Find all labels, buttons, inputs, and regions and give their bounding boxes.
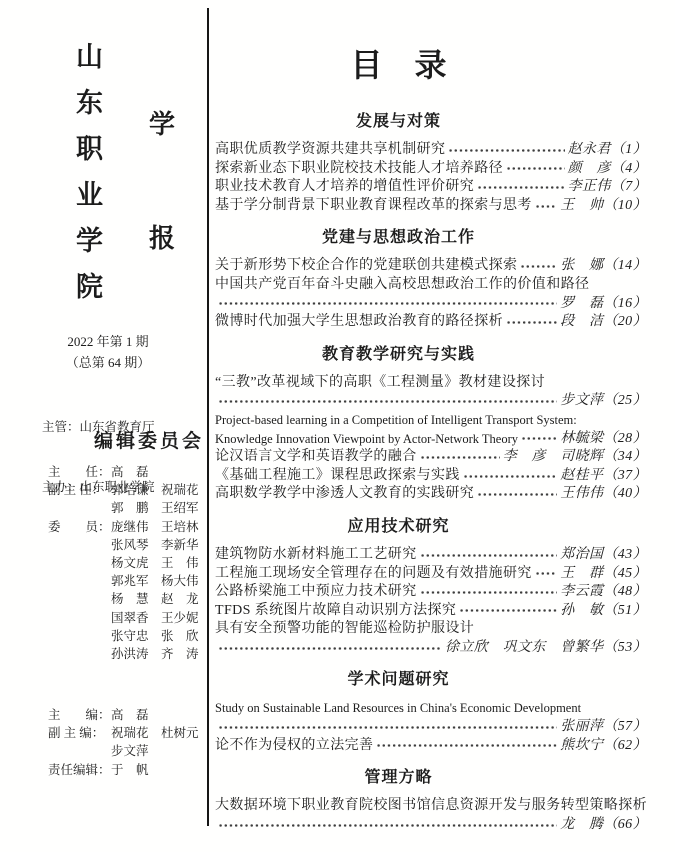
toc-entry-row: 《基础工程施工》课程思政探索与实践赵桂平（37） xyxy=(215,467,647,486)
journal-toc-page: 山东职业学院 学报 2022 年第 1 期 （总第 64 期） 主管：山东省教育… xyxy=(0,0,675,852)
toc-section-heading: 学术问题研究 xyxy=(215,670,582,690)
toc-section: 党建与思想政治工作关于新形势下校企合作的党建联创共建模式探索张 娜（14）中国共… xyxy=(215,228,647,331)
toc-section: 学术问题研究Study on Sustainable Land Resource… xyxy=(215,670,647,755)
toc-entry-row: 张丽萍（57） xyxy=(215,718,647,737)
masthead-main-column: 山东职业学院 xyxy=(76,44,103,301)
toc-entry-author-page: 李云霞（48） xyxy=(560,583,647,602)
toc-entry-author-page: 颜 彦（4） xyxy=(568,160,647,179)
staff-role-label xyxy=(48,609,111,627)
dot-leader xyxy=(535,204,557,209)
staff-names: 高 磊 xyxy=(111,463,149,481)
toc-entry-title: 工程施工现场安全管理存在的问题及有效措施研究 xyxy=(215,565,532,584)
toc-entry-title: 大数据环境下职业教育院校图书馆信息资源开发与服务转型策略探析 xyxy=(215,797,647,816)
toc-entry-author-page: 张丽萍（57） xyxy=(560,718,647,737)
toc-entry-title: 基于学分制背景下职业教育课程改革的探索与思考 xyxy=(215,197,532,216)
toc-column: 目 录 发展与对策高职优质教学资源共建共享机制研究赵永君（1）探索新业态下职业院… xyxy=(215,0,647,834)
toc-section: 发展与对策高职优质教学资源共建共享机制研究赵永君（1）探索新业态下职业院校技术技… xyxy=(215,112,647,215)
staff-row: 主 编：高 磊 xyxy=(48,706,199,724)
toc-entry-row: 徐立欣 巩文东 曾繁华（53） xyxy=(215,639,647,658)
staff-role-label: 主 编： xyxy=(48,706,111,724)
toc-section-heading: 发展与对策 xyxy=(215,112,582,132)
toc-entry-author-page: 徐立欣 巩文东 曾繁华（53） xyxy=(445,639,647,658)
toc-entry-title: 中国共产党百年奋斗史融入高校思想政治工作的价值和路径 xyxy=(215,276,589,295)
dot-leader xyxy=(420,455,500,460)
toc-section-heading: 教育教学研究与实践 xyxy=(215,345,582,365)
toc-entry-title: 建筑物防水新材料施工工艺研究 xyxy=(215,546,417,565)
staff-role-label xyxy=(48,554,111,572)
toc-entry-title: 高职优质教学资源共建共享机制研究 xyxy=(215,141,445,160)
dot-leader xyxy=(477,492,557,497)
toc-entry-row: TFDS 系统图片故障自动识别方法探究孙 敏（51） xyxy=(215,602,647,621)
toc-entry-title: Knowledge Innovation Viewpoint by Actor-… xyxy=(215,430,518,449)
toc-entry-title: 论不作为侵权的立法完善 xyxy=(215,737,373,756)
staff-names: 郭兆军 杨大伟 xyxy=(111,572,199,590)
toc-entry-title: TFDS 系统图片故障自动识别方法探究 xyxy=(215,602,456,621)
staff-names: 庞继伟 王培林 xyxy=(111,518,199,536)
staff-names: 高 磊 xyxy=(111,706,149,724)
staff-row: 步文萍 xyxy=(48,742,199,760)
masthead-char: 学 xyxy=(76,228,103,255)
dot-leader xyxy=(218,399,557,404)
toc-entry-author-page: 罗 磊（16） xyxy=(560,295,647,314)
toc-entry-row: Study on Sustainable Land Resources in C… xyxy=(215,699,647,718)
masthead-char: 院 xyxy=(76,274,103,301)
toc-section-heading: 党建与思想政治工作 xyxy=(215,228,582,248)
toc-entry-author-page: 赵桂平（37） xyxy=(560,467,647,486)
issue-info: 2022 年第 1 期 （总第 64 期） xyxy=(28,331,188,373)
staff-row: 副 主 编：祝瑞花 杜树元 xyxy=(48,724,199,742)
staff-row: 国翠香 王少妮 xyxy=(48,609,199,627)
toc-entry-author-page: 赵永君（1） xyxy=(568,141,647,160)
staff-names: 郭 鹏 王绍军 xyxy=(111,499,199,517)
toc-entry-row: 大数据环境下职业教育院校图书馆信息资源开发与服务转型策略探析 xyxy=(215,797,647,816)
dot-leader xyxy=(506,320,557,325)
staff-role-label: 责任编辑： xyxy=(48,761,111,779)
toc-entry-author-page: 李 彦 司晓辉（34） xyxy=(503,448,647,467)
toc-entry-row: 工程施工现场安全管理存在的问题及有效措施研究王 群（45） xyxy=(215,565,647,584)
toc-entry-title: 职业技术教育人才培养的增值性评价研究 xyxy=(215,178,474,197)
toc-section: 应用技术研究建筑物防水新材料施工工艺研究郑治国（43）工程施工现场安全管理存在的… xyxy=(215,517,647,658)
toc-entry-row: Knowledge Innovation Viewpoint by Actor-… xyxy=(215,430,647,449)
staff-names: 张风琴 李新华 xyxy=(111,536,199,554)
toc-entry-row: 微博时代加强大学生思想政治教育的路径探析段 洁（20） xyxy=(215,313,647,332)
toc-entry-author-page: 熊坎宁（62） xyxy=(560,737,647,756)
staff-row: 主 任：高 磊 xyxy=(48,463,199,481)
staff-row: 张守忠 张 欣 xyxy=(48,627,199,645)
masthead-char: 报 xyxy=(149,226,175,252)
toc-entry-row: 建筑物防水新材料施工工艺研究郑治国（43） xyxy=(215,546,647,565)
staff-names: 杨文虎 王 伟 xyxy=(111,554,199,572)
staff-role-label: 副 主 编： xyxy=(48,724,111,742)
masthead-char: 东 xyxy=(76,90,103,117)
staff-row: 孙洪涛 齐 涛 xyxy=(48,645,199,663)
staff-role-label xyxy=(48,536,111,554)
toc-entry-title: 探索新业态下职业院校技术技能人才培养路径 xyxy=(215,160,503,179)
dot-leader xyxy=(520,264,557,269)
dot-leader xyxy=(218,646,442,651)
toc-entry-author-page: 王伟伟（40） xyxy=(560,485,647,504)
toc-entry-row: 关于新形势下校企合作的党建联创共建模式探索张 娜（14） xyxy=(215,257,647,276)
staff-row: 杨 慧 赵 龙 xyxy=(48,590,199,608)
staff-row: 郭兆军 杨大伟 xyxy=(48,572,199,590)
toc-entry-author-page: 王 帅（10） xyxy=(560,197,647,216)
toc-entry-row: 论不作为侵权的立法完善熊坎宁（62） xyxy=(215,737,647,756)
masthead-char: 山 xyxy=(76,44,103,71)
toc-entry-title: 微博时代加强大学生思想政治教育的路径探析 xyxy=(215,313,503,332)
committee-rows: 主 任：高 磊副 主 任：郭培谦 祝瑞花郭 鹏 王绍军委 员：庞继伟 王培林张风… xyxy=(48,463,199,663)
staff-row: 郭 鹏 王绍军 xyxy=(48,499,199,517)
dot-leader xyxy=(448,148,564,153)
toc-entry-title: 高职数学教学中渗透人文教育的实践研究 xyxy=(215,485,474,504)
staff-names: 孙洪涛 齐 涛 xyxy=(111,645,199,663)
dot-leader xyxy=(463,474,557,479)
toc-sections: 发展与对策高职优质教学资源共建共享机制研究赵永君（1）探索新业态下职业院校技术技… xyxy=(215,112,647,834)
dot-leader xyxy=(420,590,558,595)
staff-names: 祝瑞花 杜树元 xyxy=(111,724,199,742)
masthead-char: 业 xyxy=(76,182,103,209)
toc-entry-row: “三教”改革视域下的高职《工程测量》教材建设探讨 xyxy=(215,374,647,393)
toc-entry-row: 论汉语言文学和英语教学的融合李 彦 司晓辉（34） xyxy=(215,448,647,467)
toc-section: 管理方略大数据环境下职业教育院校图书馆信息资源开发与服务转型策略探析龙 腾（66… xyxy=(215,768,647,834)
dot-leader xyxy=(218,823,557,828)
toc-entry-row: 罗 磊（16） xyxy=(215,295,647,314)
staff-names: 郭培谦 祝瑞花 xyxy=(111,481,199,499)
toc-entry-title: Study on Sustainable Land Resources in C… xyxy=(215,699,581,718)
staff-names: 于 帆 xyxy=(111,761,149,779)
dot-leader xyxy=(477,185,564,190)
staff-role-label xyxy=(48,572,111,590)
staff-names: 杨 慧 赵 龙 xyxy=(111,590,199,608)
sidebar: 山东职业学院 学报 2022 年第 1 期 （总第 64 期） 主管：山东省教育… xyxy=(0,0,207,852)
toc-entry-title: 关于新形势下校企合作的党建联创共建模式探索 xyxy=(215,257,517,276)
toc-entry-row: 龙 腾（66） xyxy=(215,816,647,835)
toc-entry-title: 论汉语言文学和英语教学的融合 xyxy=(215,448,417,467)
toc-section-heading: 管理方略 xyxy=(215,768,582,788)
masthead-suffix-column: 学报 xyxy=(149,112,175,252)
vertical-divider-line xyxy=(207,8,209,826)
toc-entry-row: 公路桥梁施工中预应力技术研究李云霞（48） xyxy=(215,583,647,602)
toc-entry-title: Project-based learning in a Competition … xyxy=(215,411,577,430)
toc-entry-author-page: 张 娜（14） xyxy=(560,257,647,276)
toc-entry-author-page: 林毓梁（28） xyxy=(560,430,647,449)
staff-role-label xyxy=(48,742,111,760)
staff-names: 张守忠 张 欣 xyxy=(111,627,199,645)
toc-entry-row: 基于学分制背景下职业教育课程改革的探索与思考王 帅（10） xyxy=(215,197,647,216)
staff-row: 杨文虎 王 伟 xyxy=(48,554,199,572)
toc-title: 目 录 xyxy=(215,48,582,82)
staff-row: 副 主 任：郭培谦 祝瑞花 xyxy=(48,481,199,499)
toc-entry-row: 中国共产党百年奋斗史融入高校思想政治工作的价值和路径 xyxy=(215,276,647,295)
toc-entry-author-page: 王 群（45） xyxy=(560,565,647,584)
toc-entry-row: 高职数学教学中渗透人文教育的实践研究王伟伟（40） xyxy=(215,485,647,504)
staff-role-label: 主 任： xyxy=(48,463,111,481)
dot-leader xyxy=(506,166,565,171)
toc-section-heading: 应用技术研究 xyxy=(215,517,582,537)
dot-leader xyxy=(420,553,558,558)
issue-total: （总第 64 期） xyxy=(28,352,188,373)
toc-entry-author-page: 郑治国（43） xyxy=(560,546,647,565)
toc-entry-title: “三教”改革视域下的高职《工程测量》教材建设探讨 xyxy=(215,374,545,393)
toc-entry-row: 步文萍（25） xyxy=(215,392,647,411)
toc-entry-author-page: 李正伟（7） xyxy=(568,178,647,197)
staff-row: 责任编辑：于 帆 xyxy=(48,761,199,779)
toc-section: 教育教学研究与实践“三教”改革视域下的高职《工程测量》教材建设探讨步文萍（25）… xyxy=(215,345,647,504)
toc-entry-author-page: 龙 腾（66） xyxy=(560,816,647,835)
toc-entry-author-page: 步文萍（25） xyxy=(560,392,647,411)
dot-leader xyxy=(459,608,557,613)
editorial-committee-title: 编辑委员会 xyxy=(94,426,204,453)
toc-entry-title: 公路桥梁施工中预应力技术研究 xyxy=(215,583,417,602)
staff-role-label xyxy=(48,645,111,663)
dot-leader xyxy=(218,301,557,306)
staff-role-label xyxy=(48,499,111,517)
dot-leader xyxy=(218,725,557,730)
dot-leader xyxy=(521,436,557,441)
staff-role-label xyxy=(48,627,111,645)
toc-entry-title: 《基础工程施工》课程思政探索与实践 xyxy=(215,467,460,486)
staff-names: 步文萍 xyxy=(111,742,149,760)
staff-row: 张风琴 李新华 xyxy=(48,536,199,554)
toc-entry-row: 职业技术教育人才培养的增值性评价研究李正伟（7） xyxy=(215,178,647,197)
toc-entry-title: 具有安全预警功能的智能巡检防护服设计 xyxy=(215,620,474,639)
toc-entry-row: 具有安全预警功能的智能巡检防护服设计 xyxy=(215,620,647,639)
masthead-char: 学 xyxy=(149,112,175,138)
toc-entry-author-page: 段 洁（20） xyxy=(560,313,647,332)
staff-role-label xyxy=(48,590,111,608)
dot-leader xyxy=(535,571,557,576)
masthead-char: 职 xyxy=(76,136,103,163)
staff-role-label: 委 员： xyxy=(48,518,111,536)
editors-rows: 主 编：高 磊副 主 编：祝瑞花 杜树元步文萍责任编辑：于 帆 xyxy=(48,706,199,779)
staff-names: 国翠香 王少妮 xyxy=(111,609,199,627)
toc-entry-row: 高职优质教学资源共建共享机制研究赵永君（1） xyxy=(215,141,647,160)
toc-entry-author-page: 孙 敏（51） xyxy=(560,602,647,621)
staff-row: 委 员：庞继伟 王培林 xyxy=(48,518,199,536)
toc-entry-row: 探索新业态下职业院校技术技能人才培养路径颜 彦（4） xyxy=(215,160,647,179)
issue-number: 2022 年第 1 期 xyxy=(28,331,188,352)
dot-leader xyxy=(376,743,557,748)
staff-role-label: 副 主 任： xyxy=(48,481,111,499)
toc-entry-row: Project-based learning in a Competition … xyxy=(215,411,647,430)
